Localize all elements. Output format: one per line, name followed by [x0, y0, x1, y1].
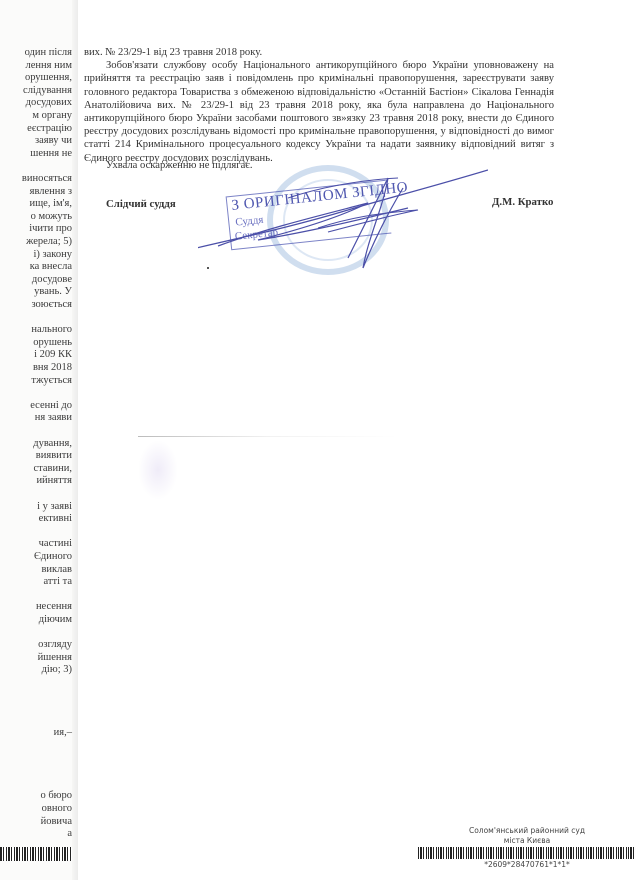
- left-page-line: досудових: [26, 96, 72, 109]
- left-page-line: Єдиного: [34, 550, 72, 563]
- left-page-line: і) закону: [33, 248, 72, 261]
- left-page-line: атті та: [44, 575, 73, 588]
- left-page-line: йшення: [38, 651, 72, 664]
- left-page-line: ка внесла: [30, 260, 72, 273]
- left-page-line: ективні: [39, 512, 72, 525]
- left-page-line: несення: [36, 600, 72, 613]
- stamp-and-signature: З ОРИГІНАЛОМ ЗГІДНО Суддя Секретар: [198, 158, 488, 278]
- left-page-line: діючим: [39, 613, 72, 626]
- left-page-line: жерела; 5): [26, 235, 72, 248]
- left-page-line: слідування: [23, 84, 72, 97]
- left-page-line: виносяться: [22, 172, 72, 185]
- left-page-line: ічити про: [29, 222, 72, 235]
- scan-artifact-line: [138, 436, 398, 437]
- handwritten-signature-icon: [198, 158, 488, 278]
- left-page-line: орушень: [33, 336, 72, 349]
- left-page-line: і 209 КК: [34, 348, 72, 361]
- scan-artifact-smudge: [138, 440, 178, 500]
- document-page: вих. № 23/29-1 від 23 травня 2018 року. …: [78, 0, 640, 880]
- judge-name: Д.М. Кратко: [492, 196, 553, 208]
- left-page-line: лення ним: [26, 59, 72, 72]
- left-page-line: один після: [25, 46, 72, 59]
- left-page-line: овного: [42, 802, 72, 815]
- left-page-line: дування,: [33, 437, 72, 450]
- adjacent-page-fragment: один післялення ниморушення,слідуваннядо…: [0, 0, 78, 880]
- left-page-line: увань. У: [34, 285, 72, 298]
- left-page-line: озгляду: [38, 638, 72, 651]
- left-page-line: ия,–: [54, 726, 72, 739]
- left-page-line: дію; 3): [42, 663, 72, 676]
- court-barcode: [418, 847, 636, 859]
- court-name-line-1: Солом'янський районний суд: [416, 826, 638, 836]
- left-page-line: тжується: [31, 374, 72, 387]
- left-page-line: ийняття: [36, 474, 72, 487]
- left-page-line: еєстрацію: [27, 122, 72, 135]
- left-page-line: о бюро: [40, 789, 72, 802]
- ruling-text: вих. № 23/29-1 від 23 травня 2018 року. …: [84, 46, 554, 165]
- left-page-line: виявити: [36, 449, 72, 462]
- left-page-line: а: [67, 827, 72, 840]
- scan-dot: [207, 267, 209, 269]
- left-page-line: і у заяві: [37, 500, 72, 513]
- left-page-line: ище, ім'я,: [29, 197, 72, 210]
- left-page-line: м органу: [32, 109, 72, 122]
- barcode-number: *2609*28470761*1*1*: [416, 860, 638, 870]
- court-footer-stamp: Солом'янський районний суд міста Києва *…: [416, 826, 638, 870]
- paragraph-obligation: Зобов'язати службову особу Національного…: [84, 59, 554, 165]
- left-page-line: орушення,: [25, 71, 72, 84]
- left-page-line: шення не: [30, 147, 72, 160]
- left-page-line: виклав: [41, 563, 72, 576]
- left-page-line: явлення з: [30, 185, 72, 198]
- court-name-line-2: міста Києва: [416, 836, 638, 846]
- signature-label: Слідчий суддя: [106, 198, 176, 210]
- left-page-line: досудове: [32, 273, 72, 286]
- left-page-line: есенні до: [30, 399, 72, 412]
- left-page-line: частині: [39, 537, 72, 550]
- left-page-line: о можуть: [31, 210, 72, 223]
- left-page-line: заяву чи: [35, 134, 72, 147]
- left-page-line: ня заяви: [35, 411, 72, 424]
- left-page-line: вня 2018: [33, 361, 72, 374]
- left-page-line: ставини,: [34, 462, 72, 475]
- left-page-line: зоюється: [31, 298, 72, 311]
- left-page-line: йовича: [41, 815, 72, 828]
- paragraph-reference: вих. № 23/29-1 від 23 травня 2018 року.: [84, 46, 554, 59]
- left-page-barcode: [0, 847, 72, 861]
- left-page-line: нального: [31, 323, 72, 336]
